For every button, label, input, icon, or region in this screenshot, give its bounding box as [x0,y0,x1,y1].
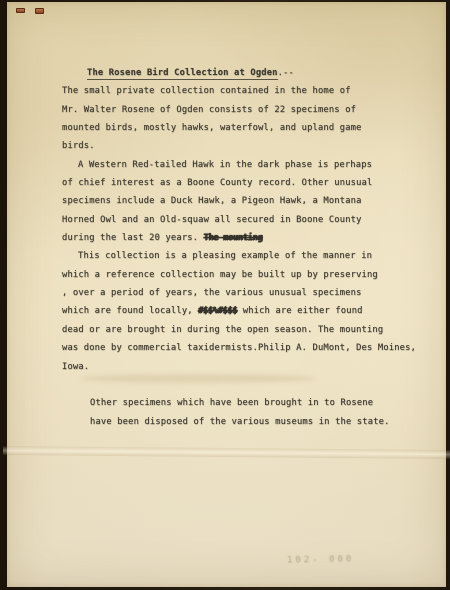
paragraph-3-line: Iowa. [62,358,440,376]
struck-out-text: The mounting [204,233,263,243]
paragraph-3-line: which are found locally, #$$%#$$$ which … [62,302,440,320]
rust-stain-mark [35,8,44,14]
paragraph-3-line: , over a period of years, the various un… [62,284,440,302]
paragraph-2-line: Horned Owl and an Old-squaw all secured … [62,211,440,229]
struck-out-text: #$$%#$$$ [198,306,237,316]
paper-fold-crease [3,446,450,459]
paragraph-2-line: A Western Red-tailed Hawk in the dark ph… [62,156,440,174]
paragraph-1-line: birds. [62,137,440,155]
paragraph-2-tail-text: during the last 20 years. [62,233,204,243]
paragraph-3-line: dead or are brought in during the open s… [62,321,440,339]
paragraph-3-pre-text: which are found locally, [62,306,198,316]
paragraph-4-line: Other specimens which have been brought … [62,394,440,412]
document-title-suffix: .-- [278,68,294,78]
document-title: The Rosene Bird Collection at Ogden.-- [62,64,440,82]
paragraph-3-post-text: which are either found [237,306,362,316]
paragraph-2-line: of chief interest as a Boone County reco… [62,174,440,192]
paragraph-2-line: during the last 20 years. The mounting [62,229,440,247]
paragraph-3-line: which a reference collection may be buil… [62,266,440,284]
paragraph-1-line: mounted birds, mostly hawks, waterfowl, … [62,119,440,137]
faint-pencil-notation: 102- 000 [287,554,355,565]
typewritten-text: The Rosene Bird Collection at Ogden.-- T… [62,64,440,431]
paragraph-1-line: The small private collection contained i… [62,82,440,100]
rust-stain-mark [16,8,25,13]
paragraph-2-line: specimens include a Duck Hawk, a Pigeon … [62,192,440,210]
paragraph-4-line: have been disposed of the various museum… [62,413,440,431]
paragraph-3-line: This collection is a pleasing example of… [62,247,440,265]
blank-line [62,376,440,394]
document-page: The Rosene Bird Collection at Ogden.-- T… [7,2,446,587]
paragraph-1-line: Mr. Walter Rosene of Ogden consists of 2… [62,101,440,119]
paragraph-3-line: was done by commercial taxidermists.Phil… [62,339,440,357]
document-title-text: The Rosene Bird Collection at Ogden [87,68,278,80]
